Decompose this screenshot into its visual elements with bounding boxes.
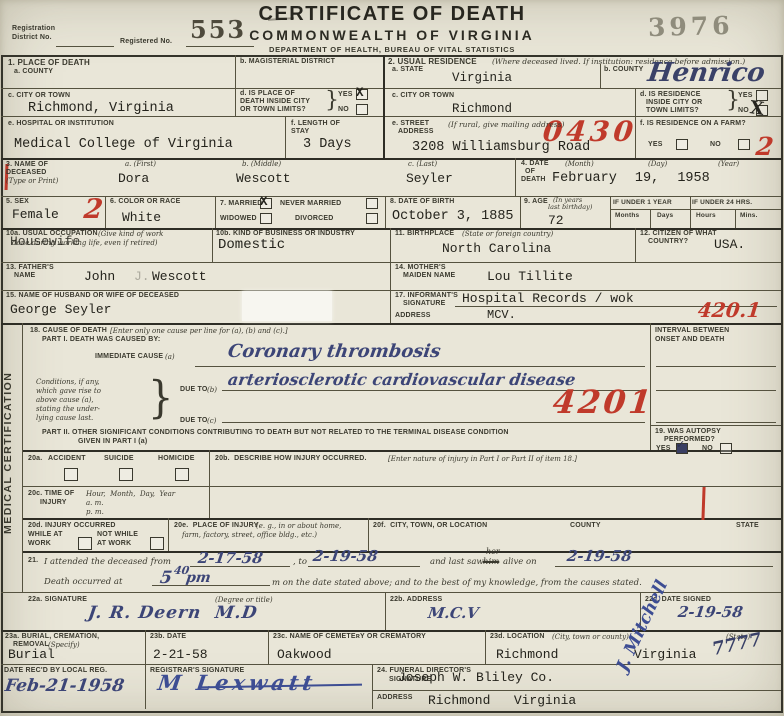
place-of-death-title: 1. PLACE OF DEATH <box>8 58 90 67</box>
brace-glyph: } <box>325 90 339 112</box>
never-married-checkbox <box>366 198 378 209</box>
divider <box>650 425 781 426</box>
industry-value: Domestic <box>218 238 285 252</box>
married-mark: X <box>260 196 268 209</box>
while-at-work-label: WHILE AT <box>28 531 63 539</box>
burial-state-value: Virginia <box>634 648 696 661</box>
homicide-label: HOMICIDE <box>158 455 195 463</box>
month-label: (Month) <box>565 160 594 168</box>
cause-red-code: 4201 <box>551 386 655 418</box>
burial-city-value: Richmond <box>496 648 558 661</box>
mother-label: 14. MOTHER'S <box>395 264 446 272</box>
am-note: a. m. <box>86 499 104 507</box>
divider <box>22 518 781 520</box>
father-label: 13. FATHER'S <box>6 264 54 272</box>
divorced-label: DIVORCED <box>295 215 334 223</box>
cemetery-value: Oakwood <box>277 648 332 661</box>
year-label: (Year) <box>718 160 739 168</box>
interval-label: ONSET AND DEATH <box>655 336 725 344</box>
father-first: John <box>84 270 115 283</box>
yes-label: YES <box>656 445 671 453</box>
race-label: 6. COLOR OR RACE <box>110 198 180 206</box>
county-label: a. COUNTY <box>14 68 53 76</box>
cause-of-death-label: 18. CAUSE OF DEATH <box>30 327 107 335</box>
mother-label: MAIDEN NAME <box>403 272 455 280</box>
attended-from-date: 2-17-58 <box>197 551 264 566</box>
no-label: NO <box>338 106 349 114</box>
divider <box>209 450 210 518</box>
occupation-value: Housewife <box>10 235 80 248</box>
street-address-label: e. STREET <box>392 120 429 128</box>
citizen-label: COUNTRY? <box>648 238 688 246</box>
burial-date-value: 2-21-58 <box>153 648 208 661</box>
describe-injury-label: 20b. DESCRIBE HOW INJURY OCCURRED. <box>215 455 367 463</box>
months-label: Months <box>615 212 639 219</box>
attended-text: and last saw <box>430 557 484 567</box>
inside-limits-label: OR TOWN LIMITS? <box>240 106 306 114</box>
hospital-label: e. HOSPITAL OR INSTITUTION <box>8 120 114 128</box>
cause-c-rule <box>222 422 645 423</box>
pm-note: p. m. <box>86 508 104 516</box>
funeral-address-label: ADDRESS <box>377 694 413 702</box>
residence-county-value: Henrico <box>646 60 766 86</box>
race-value: White <box>122 211 161 224</box>
divider <box>650 209 651 228</box>
burial-location-note: (City, town or county) <box>552 633 629 641</box>
residence-city-label: c. CITY OR TOWN <box>392 92 454 100</box>
death-occurred-text: Death occurred at <box>44 577 122 587</box>
funeral-director-value: Joseph W. Bliley Co. <box>398 671 554 684</box>
margin-title: MEDICAL CERTIFICATION <box>2 330 21 575</box>
usual-residence-title: 2. USUAL RESIDENCE <box>388 57 477 66</box>
birthplace-value: North Carolina <box>442 242 551 255</box>
injury-20a-label: 20a. <box>28 455 42 463</box>
divider <box>22 486 781 487</box>
never-married-label: NEVER MARRIED <box>280 200 341 208</box>
farm-label: f. IS RESIDENCE ON A FARM? <box>640 120 746 128</box>
funeral-address-value: Richmond Virginia <box>428 694 576 707</box>
time-fields-note: Hour, Month, Day, Year <box>86 490 175 498</box>
part1-label: PART I. DEATH WAS CAUSED BY: <box>42 336 160 344</box>
street-address-label: ADDRESS <box>398 128 434 136</box>
white-out-blob <box>242 291 332 321</box>
middle-name-label: b. (Middle) <box>242 160 281 168</box>
attended-num: 21. <box>28 557 38 565</box>
conditions-note: above cause (a), <box>36 396 94 404</box>
place-of-injury-label: 20e. PLACE OF INJURY <box>174 522 258 530</box>
injury-occurred-label: 20d. INJURY OCCURRED <box>28 522 116 530</box>
inside-limits-label: DEATH INSIDE CITY <box>240 98 310 106</box>
divider <box>1 630 781 632</box>
physician-signature-value: J. R. Deern M.D <box>87 605 259 622</box>
death-certificate: Registration District No. Registered No.… <box>0 0 784 716</box>
widowed-label: WIDOWED <box>220 215 257 223</box>
city-or-town-value: Richmond, Virginia <box>28 102 174 116</box>
married-label: 7. MARRIED <box>220 200 262 208</box>
divider <box>168 518 169 551</box>
interval-rule <box>656 390 776 391</box>
injury-state-label: STATE <box>736 522 759 530</box>
spouse-label: 15. NAME OF HUSBAND OR WIFE OF DECEASED <box>6 292 179 300</box>
hours-label: Hours <box>696 212 716 219</box>
length-of-stay-label: f. LENGTH OF <box>291 120 340 128</box>
divider <box>735 209 736 228</box>
citizen-value: USA. <box>714 238 745 251</box>
cause-of-death-note: [Enter only one cause per line for (a), … <box>110 327 288 335</box>
divider <box>610 209 781 210</box>
first-name-value: Dora <box>118 172 149 185</box>
autopsy-yes-mark: ✓ <box>676 438 685 451</box>
divider <box>515 158 516 196</box>
death-occurred-text: m on the date stated above; and to the b… <box>272 578 642 588</box>
divider <box>372 690 781 691</box>
conditions-note: which gave rise to <box>36 387 101 395</box>
occupation-note: (Give kind of work <box>98 230 163 238</box>
residence-inside-label: TOWN LIMITS? <box>646 107 699 115</box>
physician-address-label: 22b. ADDRESS <box>390 596 442 604</box>
burial-location-label: 23d. LOCATION <box>490 633 545 641</box>
divider <box>212 228 213 262</box>
deceased-name-label: DECEASED <box>6 169 47 177</box>
farm-red-code: 2 <box>755 134 775 159</box>
suicide-label: SUICIDE <box>104 455 134 463</box>
describe-injury-note: [Enter nature of injury in Part I or Par… <box>388 455 577 463</box>
her-correction: her <box>486 547 500 557</box>
divider <box>1 262 781 263</box>
injury-county-label: COUNTY <box>570 522 601 530</box>
divider <box>22 551 781 553</box>
date-received-value: Feb-21-1958 <box>4 678 125 695</box>
date-received-label: DATE REC'D BY LOCAL REG. <box>4 667 107 675</box>
divider <box>268 630 269 664</box>
father-label: NAME <box>14 272 35 280</box>
city-or-town-label: c. CITY OR TOWN <box>8 92 70 100</box>
no-label: NO <box>702 445 713 453</box>
first-name-label: a. (First) <box>125 160 156 168</box>
birthplace-label: 11. BIRTHPLACE <box>395 230 454 238</box>
interval-label: INTERVAL BETWEEN <box>655 327 729 335</box>
cause-a-tag: (a) <box>165 353 175 361</box>
due-to-b-label: DUE TO <box>180 386 208 394</box>
cemetery-label: 23c. NAME OF CEMETEʀY OR CREMATORY <box>273 633 426 641</box>
residence-inside-label: d. IS RESIDENCE <box>640 91 701 99</box>
spouse-value: George Seyler <box>10 303 111 316</box>
not-while-at-work-checkbox <box>150 537 164 550</box>
interval-rule <box>656 366 776 367</box>
residence-city-value: Richmond <box>452 103 512 116</box>
date-of-death-label: OF <box>525 168 535 176</box>
injury-city-label: 20f. CITY, TOWN, OR LOCATION <box>373 522 487 530</box>
if-under-24-hrs-label: IF UNDER 24 HRS. <box>692 199 752 206</box>
divider <box>690 196 691 228</box>
hospital-value: Medical College of Virginia <box>14 138 233 152</box>
age-value: 72 <box>548 214 564 227</box>
father-faint-initial: J. <box>134 270 150 283</box>
length-of-stay-value: 3 Days <box>303 138 352 152</box>
father-last: Wescott <box>152 270 207 283</box>
autopsy-no-checkbox <box>720 443 732 454</box>
divider <box>1 323 781 325</box>
magisterial-district-label: b. MAGISTERIAL DISTRICT <box>240 58 335 66</box>
informant-red-code: 420.1 <box>697 300 762 320</box>
physician-address-value: M.C.V <box>427 606 479 621</box>
residence-inside-no-mark: X <box>749 97 766 120</box>
file-number-stamp: 3976 <box>648 11 734 42</box>
state-label: a. STATE <box>392 66 423 74</box>
divider <box>235 55 236 116</box>
farm-no-checkbox <box>738 139 750 150</box>
place-of-injury-note: (e. g., in or about home, <box>256 522 341 530</box>
rule <box>152 585 270 586</box>
farm-yes-checkbox <box>676 139 688 150</box>
divider <box>635 228 636 262</box>
divider <box>215 196 216 228</box>
burial-label: 23a. BURIAL, CREMATION, <box>5 633 99 641</box>
cause-a-rule <box>195 366 645 367</box>
last-seen-date: 2-19-58 <box>566 549 633 564</box>
deceased-name-label: 3. NAME OF <box>6 161 48 169</box>
cause-b-tag: (b) <box>207 386 217 394</box>
rule <box>555 566 773 567</box>
widowed-checkbox <box>260 213 272 224</box>
conditions-note: lying cause last. <box>36 414 93 422</box>
interval-rule <box>656 422 776 423</box>
part2-label: GIVEN IN PART I (a) <box>78 438 147 446</box>
no-label: NO <box>710 141 721 149</box>
not-while-at-work-label: NOT WHILE <box>97 531 138 539</box>
date-of-birth-label: 8. DATE OF BIRTH <box>390 198 455 206</box>
autopsy-label: PERFORMED? <box>664 436 715 444</box>
informant-address-value: MCV. <box>487 309 516 321</box>
cause-c-tag: (c) <box>207 417 216 425</box>
inside-limits-label: d. IS PLACE OF <box>240 90 295 98</box>
brace-glyph: } <box>148 376 173 420</box>
if-under-1-year-label: IF UNDER 1 YEAR <box>613 199 672 206</box>
mins-label: Mins. <box>740 212 758 219</box>
date-of-death-label: DEATH <box>521 176 546 184</box>
no-label: NO <box>738 107 749 115</box>
physician-signature-label: 22a. SIGNATURE <box>28 596 87 604</box>
attended-text: I attended the deceased from <box>44 557 171 567</box>
divider <box>385 196 386 228</box>
sex-label: 5. SEX <box>6 198 29 206</box>
conditions-note: Conditions, if any, <box>36 378 100 386</box>
accident-label: ACCIDENT <box>48 455 86 463</box>
suicide-checkbox <box>119 468 133 481</box>
part2-label: PART II. OTHER SIGNIFICANT CONDITIONS CO… <box>42 429 509 437</box>
divider <box>385 592 386 630</box>
informant-address-label: ADDRESS <box>395 312 431 320</box>
informant-label: SIGNATURE <box>403 300 446 308</box>
homicide-checkbox <box>175 468 189 481</box>
street-address-note: (If rural, give mailing address) <box>448 120 564 129</box>
age-note: last birthday) <box>548 204 592 212</box>
divider <box>1 664 781 665</box>
days-label: Days <box>657 212 673 219</box>
deceased-name-note: (Type or Print) <box>6 177 58 185</box>
department-line: DEPARTMENT OF HEALTH, BUREAU OF VITAL ST… <box>0 45 784 54</box>
length-of-stay-label: STAY <box>291 128 309 136</box>
divider <box>610 196 611 228</box>
accident-checkbox <box>64 468 78 481</box>
birthplace-note: (State or foreign country) <box>462 230 553 238</box>
street-address-value: 3208 Williamsburg Road <box>412 141 590 155</box>
divider <box>1 196 781 197</box>
inside-limits-yes-mark: X <box>356 87 364 100</box>
divider <box>372 664 373 709</box>
divider <box>285 116 286 158</box>
divider <box>22 323 23 592</box>
citizen-label: 12. CITIZEN OF WHAT <box>640 230 717 238</box>
burial-date-label: 23b. DATE <box>150 633 186 641</box>
not-while-at-work-label: AT WORK <box>97 540 131 548</box>
divider <box>390 228 391 323</box>
burial-value: Burial <box>8 648 55 661</box>
him-struck-label: him <box>483 557 499 567</box>
divider <box>383 55 385 158</box>
informant-value: Hospital Records / wok <box>462 292 634 305</box>
mother-value: Lou Tillite <box>487 270 573 283</box>
sex-value: Female <box>12 208 59 221</box>
informant-label: 17. INFORMANT'S <box>395 292 458 300</box>
rule <box>190 566 290 567</box>
conditions-note: stating the under- <box>36 405 100 413</box>
last-name-label: c. (Last) <box>408 160 437 168</box>
registrar-signature-value: M Lexwatt <box>157 672 318 693</box>
autopsy-label: 19. WAS AUTOPSY <box>655 428 721 436</box>
date-of-death-label: 4. DATE <box>521 160 549 168</box>
day-label: (Day) <box>648 160 667 168</box>
inside-limits-no-checkbox <box>356 104 368 115</box>
divider <box>600 64 601 88</box>
residence-inside-label: INSIDE CITY OR <box>646 99 702 107</box>
place-of-injury-note: farm, factory, street, office bldg., etc… <box>182 531 317 539</box>
divider <box>485 630 486 664</box>
attended-to-date: 2-19-58 <box>312 549 379 564</box>
attended-text: alive on <box>503 557 537 567</box>
state-value: Virginia <box>452 72 512 85</box>
divider <box>1 88 781 89</box>
middle-name-value: Wescott <box>236 172 291 185</box>
divider <box>105 196 106 228</box>
date-of-birth-value: October 3, 1885 <box>392 210 514 224</box>
divider <box>1 116 781 117</box>
while-at-work-label: WORK <box>28 540 51 548</box>
residence-county-label: b. COUNTY <box>604 66 644 74</box>
date-of-death-value: February 19, 1958 <box>552 172 710 186</box>
while-at-work-checkbox <box>78 537 92 550</box>
last-name-value: Seyler <box>406 172 453 185</box>
cause-b-value: arteriosclerotic cardiovascular disease <box>227 372 577 388</box>
death-ampm: pm <box>185 571 212 585</box>
time-of-injury-label: 20c. TIME OF <box>28 490 74 498</box>
divider <box>145 630 146 664</box>
yes-label: YES <box>648 141 663 149</box>
rule <box>308 566 420 567</box>
age-label: 9. AGE <box>524 198 548 206</box>
due-to-c-label: DUE TO <box>180 417 208 425</box>
immediate-cause-label: IMMEDIATE CAUSE <box>95 353 163 361</box>
divider <box>520 196 521 228</box>
divider <box>145 664 146 709</box>
attended-to-label: , to <box>293 557 307 567</box>
divider <box>1 290 781 291</box>
cause-a-value: Coronary thrombosis <box>227 343 442 361</box>
sex-red-code: 2 <box>83 196 105 223</box>
divorced-checkbox <box>366 213 378 224</box>
yes-label: YES <box>338 91 353 99</box>
time-of-injury-label: INJURY <box>40 499 67 507</box>
date-signed-value: 2-19-58 <box>677 605 744 620</box>
